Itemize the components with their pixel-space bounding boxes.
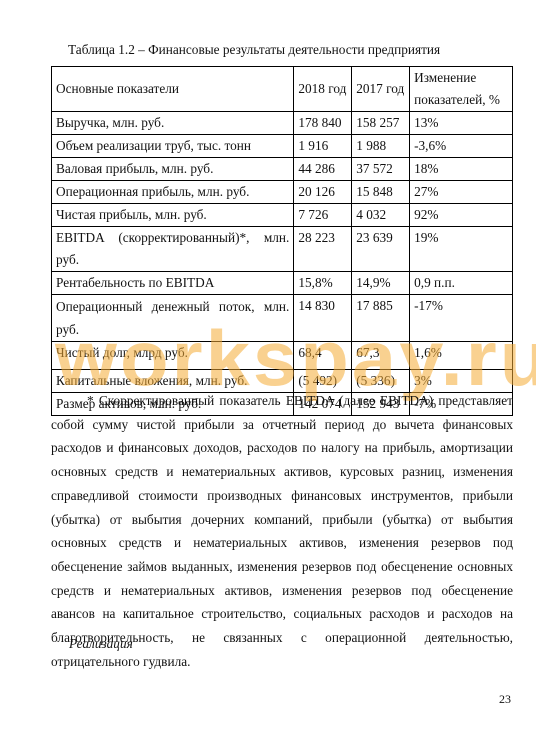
footnote-text: * Скорректированный показатель EBITDA (д… [51,389,513,673]
value-2017: 17 885 [352,295,410,342]
value-2017: 23 639 [352,227,410,272]
row-label: Объем реализации труб, тыс. тонн [52,135,294,158]
row-label: Чистый долг, млрд руб. [52,342,294,370]
header-2018: 2018 год [294,67,352,112]
value-2018: 20 126 [294,181,352,204]
value-change: 92% [410,204,513,227]
table-row: Чистая прибыль, млн. руб. 7 726 4 032 92… [52,204,513,227]
header-indicator: Основные показатели [52,67,294,112]
value-2018: 1 916 [294,135,352,158]
row-label: Операционный денежный поток, млн. руб. [52,295,294,342]
value-2017: 14,9% [352,272,410,295]
value-change: 19% [410,227,513,272]
table-row: Чистый долг, млрд руб. 68,4 67,3 1,6% [52,342,513,370]
table-row: Валовая прибыль, млн. руб. 44 286 37 572… [52,158,513,181]
value-change: 13% [410,112,513,135]
row-label: EBITDA (скорректированный)*, млн. руб. [52,227,294,272]
header-change: Изменение показателей, % [410,67,513,112]
value-2017: 1 988 [352,135,410,158]
value-2018: 15,8% [294,272,352,295]
table-caption: Таблица 1.2 – Финансовые результаты деят… [68,42,440,58]
section-heading: Реализация [69,636,133,652]
row-label: Рентабельность по EBITDA [52,272,294,295]
table-header-row: Основные показатели 2018 год 2017 год Из… [52,67,513,112]
value-2017: 67,3 [352,342,410,370]
table-row: EBITDA (скорректированный)*, млн. руб. 2… [52,227,513,272]
value-change: 0,9 п.п. [410,272,513,295]
value-2018: 178 840 [294,112,352,135]
table-row: Выручка, млн. руб. 178 840 158 257 13% [52,112,513,135]
row-label: Выручка, млн. руб. [52,112,294,135]
value-2017: 15 848 [352,181,410,204]
financial-results-table: Основные показатели 2018 год 2017 год Из… [51,66,513,416]
row-label: Чистая прибыль, млн. руб. [52,204,294,227]
page-number: 23 [499,692,511,706]
table-row: Рентабельность по EBITDA 15,8% 14,9% 0,9… [52,272,513,295]
value-2018: 14 830 [294,295,352,342]
value-2018: 28 223 [294,227,352,272]
value-2017: 4 032 [352,204,410,227]
value-change: -3,6% [410,135,513,158]
table-row: Операционная прибыль, млн. руб. 20 126 1… [52,181,513,204]
value-2017: 37 572 [352,158,410,181]
table-row: Операционный денежный поток, млн. руб. 1… [52,295,513,342]
footnote-paragraph: * Скорректированный показатель EBITDA (д… [51,389,513,673]
value-change: 27% [410,181,513,204]
header-2017: 2017 год [352,67,410,112]
table-row: Объем реализации труб, тыс. тонн 1 916 1… [52,135,513,158]
row-label: Валовая прибыль, млн. руб. [52,158,294,181]
value-change: 1,6% [410,342,513,370]
value-change: 18% [410,158,513,181]
value-2018: 7 726 [294,204,352,227]
value-change: -17% [410,295,513,342]
value-2017: 158 257 [352,112,410,135]
value-2018: 68,4 [294,342,352,370]
value-2018: 44 286 [294,158,352,181]
row-label: Операционная прибыль, млн. руб. [52,181,294,204]
